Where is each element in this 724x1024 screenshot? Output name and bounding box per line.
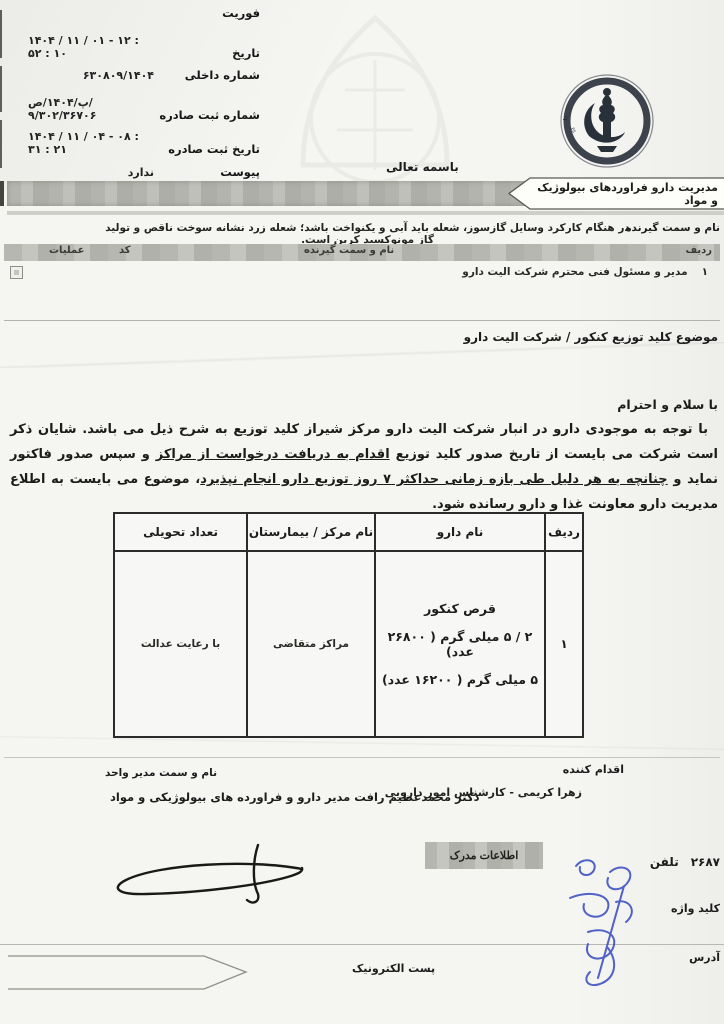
drug-col-center: نام مرکز / بیمارستان	[248, 514, 376, 550]
manager-name: دکتر محمدعظیم رافت مدیر دارو و فراورده ه…	[110, 790, 480, 804]
scanned-letter-page: فوریت تاریخ ۱۴۰۴ / ۱۱ / ۰۱ - ۱۲ : ۵۲ : ۱…	[0, 0, 724, 1024]
body-segment-underlined: چنانچه به هر دلیل طی بازه زمانی حداکثر ۷…	[200, 472, 667, 487]
recipient-col-code: کد	[119, 245, 131, 256]
drug-name-line: ۲ / ۵ میلی گرم ( ۲۶۸۰۰ عدد)	[376, 629, 544, 659]
drug-table-row: ۱ قرص کنکور ۲ / ۵ میلی گرم ( ۲۶۸۰۰ عدد) …	[115, 552, 582, 736]
meta-row-issue-no: شماره ثبت صادره ص/۱۴۰۴/پ/۹/۳۰۲/۳۶۷۰۶	[28, 96, 260, 122]
drug-row-center: مراکز متقاضی	[248, 552, 376, 736]
internal-no-value: ۶۳۰۸۰۹/۱۴۰۴	[83, 69, 154, 82]
date-value: ۱۴۰۴ / ۱۱ / ۰۱ - ۱۲ : ۵۲ : ۱۰	[28, 34, 154, 60]
address-ribbon-shape	[8, 950, 253, 995]
recipient-col-ops: عملیات	[49, 245, 85, 256]
recipient-row-no: ۱	[702, 266, 708, 278]
drug-row-no: ۱	[546, 552, 582, 736]
drug-col-qty: تعداد تحویلی	[115, 514, 248, 550]
issue-date-label: تاریخ ثبت صادره	[156, 142, 260, 156]
scan-edge-artifact	[0, 10, 2, 58]
manager-signature	[100, 842, 310, 912]
drug-col-name: نام دارو	[376, 514, 546, 550]
date-label: تاریخ	[156, 46, 260, 60]
blue-stamp-scribble	[558, 852, 648, 987]
manager-label: نام و سمت مدیر واحد	[105, 767, 217, 779]
email-label: پست الکترونیک	[352, 962, 435, 975]
unit-banner: مدیریت دارو فراوردهای بیولوژیک و مواد	[506, 177, 724, 210]
drug-name-line: ۵ میلی گرم ( ۱۶۲۰۰ عدد)	[376, 672, 544, 687]
phone-label: تلفن	[650, 855, 679, 869]
drug-row-qty: با رعایت عدالت	[115, 552, 248, 736]
meta-row-urgency: فوریت	[28, 6, 260, 25]
meta-row-issue-date: تاریخ ثبت صادره ۱۴۰۴ / ۱۱ / ۰۴ - ۰۸ : ۳۱…	[28, 130, 260, 156]
greeting-line: با سلام و احترام	[617, 397, 718, 412]
unit-banner-title: مدیریت دارو فراوردهای بیولوژیک و مواد	[506, 177, 724, 210]
urgency-label: فوریت	[156, 6, 260, 20]
subject-line: موضوع کلید توزیع کنکور / شرکت الیت دارو	[464, 330, 718, 344]
operations-icon[interactable]	[10, 266, 23, 279]
recipient-col-row: ردیف	[685, 245, 712, 256]
attachment-value: ندارد	[28, 166, 156, 179]
phone-row: تلفن ۲۶۸۷	[650, 855, 720, 869]
recipient-row: ۱ مدیر و مسئول فنی محترم شرکت الیت دارو	[462, 266, 708, 278]
safety-slogan: در هنگام کارکرد وسایل گازسوز، شعله باید …	[105, 222, 630, 246]
attachment-label: پیوست	[156, 165, 260, 179]
recipient-row-name: مدیر و مسئول فنی محترم شرکت الیت دارو	[462, 266, 687, 278]
university-emblem-icon: دانشگاه علوم پزشکی و خدمات بهداشتی درمان…	[553, 70, 661, 172]
issue-date-value: ۱۴۰۴ / ۱۱ / ۰۴ - ۰۸ : ۳۱ : ۲۱	[28, 130, 154, 156]
drug-table-header-row: ردیف نام دارو نام مرکز / بیمارستان تعداد…	[115, 514, 582, 552]
paper-crease	[0, 342, 724, 368]
issue-no-label: شماره ثبت صادره	[156, 108, 260, 122]
body-paragraph: با توجه به موجودی دارو در انبار شرکت الی…	[10, 417, 718, 517]
drug-row-name: قرص کنکور ۲ / ۵ میلی گرم ( ۲۶۸۰۰ عدد) ۵ …	[376, 552, 546, 736]
bar-edge-cap	[0, 181, 4, 206]
body-segment-underlined: اقدام به دریافت درخواست از مراکز	[156, 447, 390, 462]
recipient-table: ردیف نام و سمت گیرنده کد عملیات ۱ مدیر و…	[4, 244, 720, 321]
address-label: آدرس	[689, 951, 720, 964]
scan-edge-artifact	[0, 120, 2, 168]
drug-name-line: قرص کنکور	[376, 601, 544, 616]
issue-no-value: ص/۱۴۰۴/پ/۹/۳۰۲/۳۶۷۰۶	[28, 96, 154, 122]
document-info-button[interactable]: اطلاعات مدرک	[425, 842, 543, 869]
unit-bar-underline	[7, 211, 724, 215]
recipient-col-name: نام و سمت گیرنده	[304, 245, 394, 256]
phone-value: ۲۶۸۷	[691, 855, 720, 869]
actor-label: اقدام کننده	[563, 763, 624, 776]
besmele-text: باسمه تعالی	[386, 160, 459, 174]
keyword-label: کلید واژه	[671, 902, 720, 915]
letter-meta-block: فوریت تاریخ ۱۴۰۴ / ۱۱ / ۰۱ - ۱۲ : ۵۲ : ۱…	[28, 6, 260, 192]
meta-row-internal-no: شماره داخلی ۶۳۰۸۰۹/۱۴۰۴	[28, 68, 260, 87]
drug-col-row: ردیف	[546, 514, 582, 550]
drug-distribution-table: ردیف نام دارو نام مرکز / بیمارستان تعداد…	[113, 512, 584, 738]
meta-row-date: تاریخ ۱۴۰۴ / ۱۱ / ۰۱ - ۱۲ : ۵۲ : ۱۰	[28, 34, 260, 60]
recipient-section-label: نام و سمت گیرنده	[625, 222, 720, 234]
internal-no-label: شماره داخلی	[156, 68, 260, 82]
scan-edge-artifact	[0, 66, 2, 112]
signoff-separator	[4, 757, 720, 758]
